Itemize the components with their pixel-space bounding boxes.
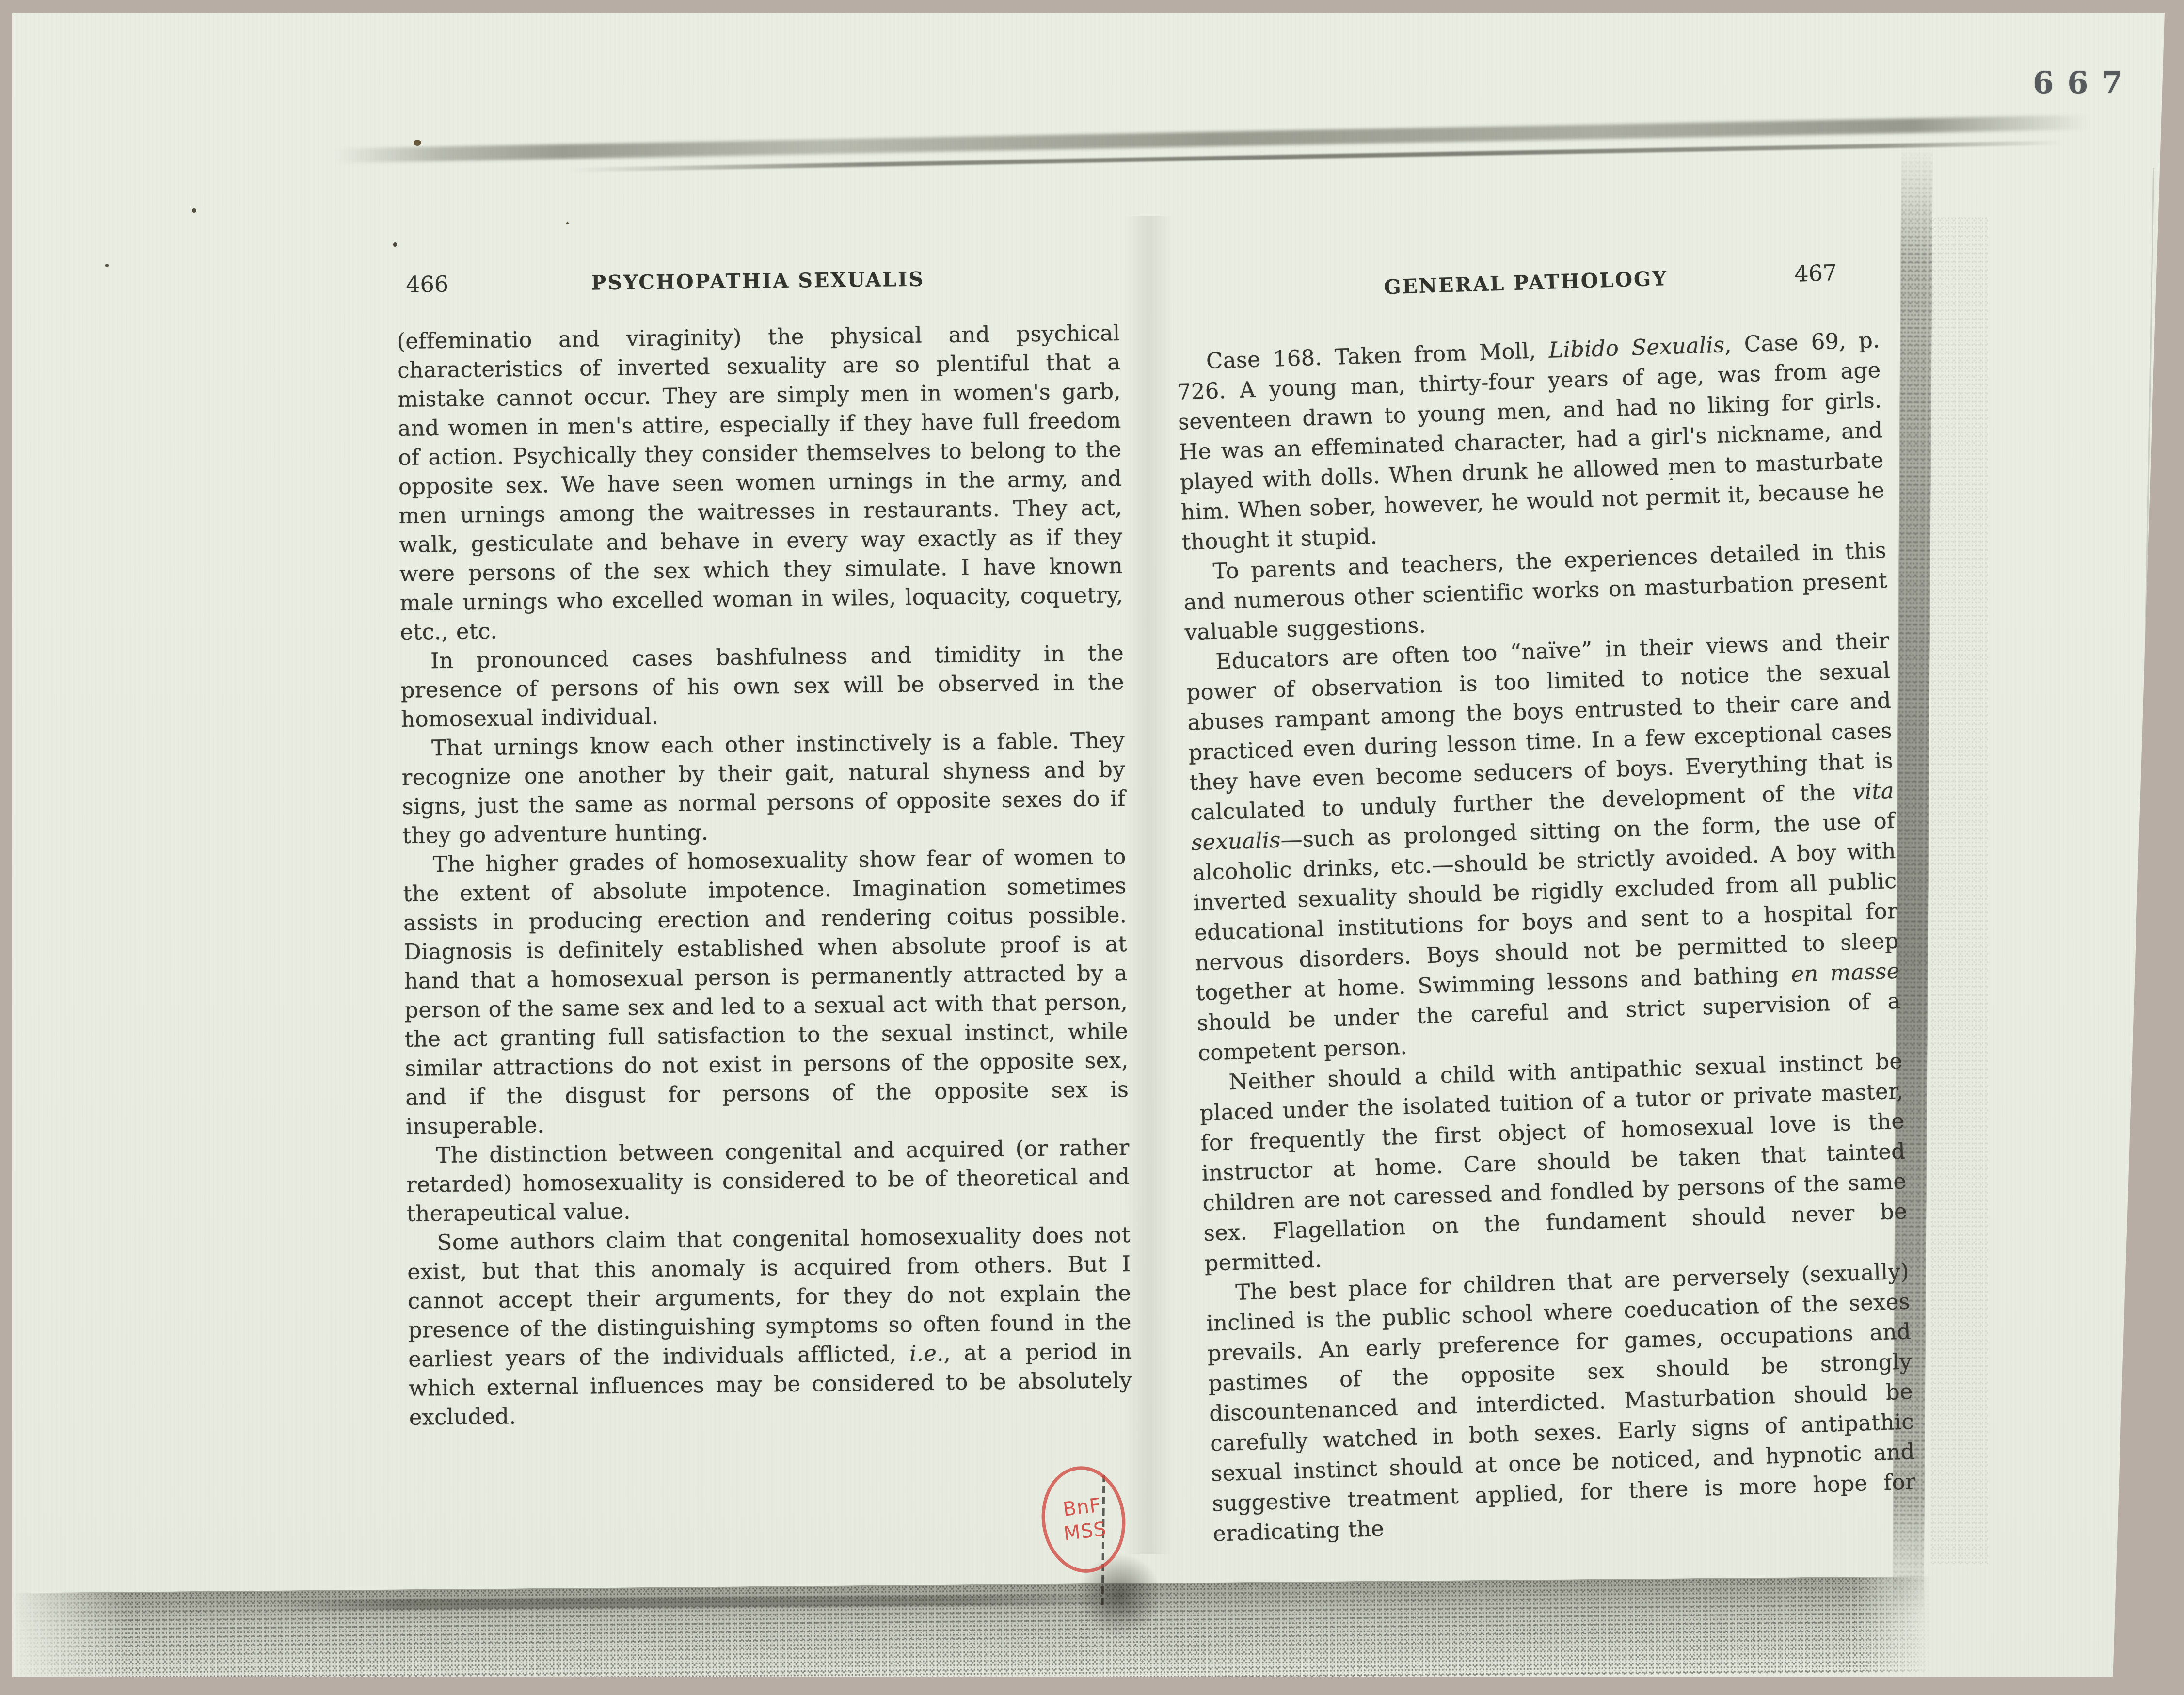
page-number: 466 (406, 271, 448, 298)
paragraph: Educators are often too “naïve” in their… (1185, 625, 1902, 1068)
page-header: 467 GENERAL PATHOLOGY (1174, 260, 1879, 317)
book-page-left: 466 PSYCHOPATHIA SEXUALIS (effeminatio a… (396, 265, 1132, 1432)
ink-speck (105, 264, 109, 267)
paragraph: Case 168. Taken from Moll, Libido Sexual… (1176, 325, 1886, 557)
paragraph: That urnings know each other instinctive… (401, 726, 1126, 850)
ink-speck (393, 242, 397, 247)
running-title: PSYCHOPATHIA SEXUALIS (396, 265, 1119, 297)
archive-folio-number: 667 (2033, 65, 2136, 100)
paragraph: Some authors claim that congenital homos… (407, 1220, 1132, 1432)
page-body-text: Case 168. Taken from Moll, Libido Sexual… (1176, 325, 1917, 1549)
paragraph: The distinction between congenital and a… (406, 1133, 1130, 1229)
ink-speck (566, 222, 569, 224)
paragraph: In pronounced cases bashfulness and timi… (400, 639, 1125, 734)
running-title: GENERAL PATHOLOGY (1174, 260, 1878, 305)
paragraph: (effeminatio and viraginity) the physica… (397, 319, 1123, 647)
photocopy-smudge-bottom (12, 1576, 1932, 1690)
book-page-right: 467 GENERAL PATHOLOGY Case 168. Taken fr… (1174, 260, 1917, 1549)
paragraph: Neither should a child with antipathic s… (1198, 1046, 1909, 1279)
book-gutter-shadow (1125, 216, 1173, 1554)
page-header: 466 PSYCHOPATHIA SEXUALIS (396, 265, 1120, 308)
ink-speck (192, 208, 196, 213)
paragraph: The best place for children that are per… (1205, 1256, 1917, 1549)
paper-edge-line (2134, 168, 2154, 1283)
stamp-text-line1: BnF (1062, 1496, 1102, 1519)
photocopy-smudge-right-faint (1930, 216, 1988, 1564)
photocopied-sheet: 667 466 PSYCHOPATHIA SEXUALIS (effeminat… (12, 13, 2165, 1677)
page-body-text: (effeminatio and viraginity) the physica… (397, 319, 1132, 1432)
page-number: 467 (1794, 259, 1837, 287)
paragraph: The higher grades of homosexuality show … (402, 842, 1129, 1141)
stamp-text-line2: MSS (1063, 1519, 1108, 1544)
ink-speck (414, 140, 421, 146)
